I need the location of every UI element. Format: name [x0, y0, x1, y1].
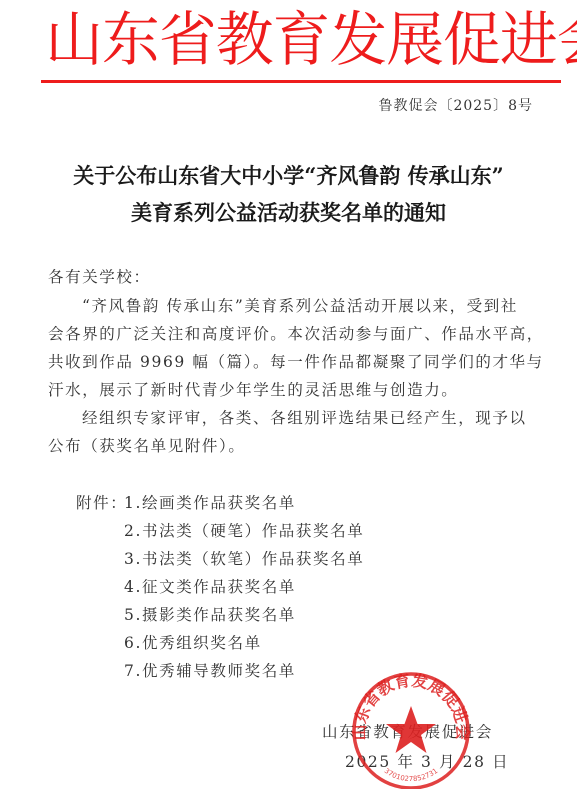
salutation: 各有关学校： — [48, 265, 151, 287]
document-title-line2: 美育系列公益活动获奖名单的通知 — [0, 197, 577, 227]
paragraph1-line: “齐风鲁韵 传承山东”美育系列公益活动开展以来，受到社 — [82, 294, 518, 316]
document-title-line1: 关于公布山东省大中小学“齐风鲁韵 传承山东” — [0, 160, 577, 190]
official-seal: 山东省教育发展促进会 3701027852731 — [345, 669, 477, 789]
paragraph1-line: 汗水，展示了新时代青少年学生的灵活思维与创造力。 — [48, 378, 458, 400]
attachment-item: 4.征文类作品获奖名单 — [124, 575, 296, 597]
attachment-item: 7.优秀辅导教师奖名单 — [124, 659, 296, 681]
paragraph2-line: 公布（获奖名单见附件）。 — [48, 434, 245, 456]
paragraph1-line: 共收到作品 9969 幅（篇）。每一件作品都凝聚了同学们的才华与 — [48, 350, 544, 372]
organization-masthead: 山东省教育发展促进会 — [45, 4, 555, 76]
attachments-label: 附件： — [76, 491, 127, 513]
star-icon — [386, 706, 436, 753]
paragraph1-line: 会各界的广泛关注和高度评价。本次活动参与面广、作品水平高， — [48, 322, 544, 344]
header-divider — [41, 80, 561, 83]
document-number: 鲁教促会〔2025〕8号 — [378, 95, 533, 115]
attachment-item: 6.优秀组织奖名单 — [124, 631, 262, 653]
attachment-item: 5.摄影类作品获奖名单 — [124, 603, 296, 625]
attachment-item: 2.书法类（硬笔）作品获奖名单 — [124, 519, 364, 541]
attachment-item: 3.书法类（软笔）作品获奖名单 — [124, 547, 364, 569]
paragraph2-line: 经组织专家评审，各类、各组别评选结果已经产生，现予以 — [82, 406, 527, 428]
seal-icon: 山东省教育发展促进会 3701027852731 — [345, 669, 477, 789]
attachment-item: 1.绘画类作品获奖名单 — [124, 491, 296, 513]
svg-text:3701027852731: 3701027852731 — [383, 767, 440, 783]
